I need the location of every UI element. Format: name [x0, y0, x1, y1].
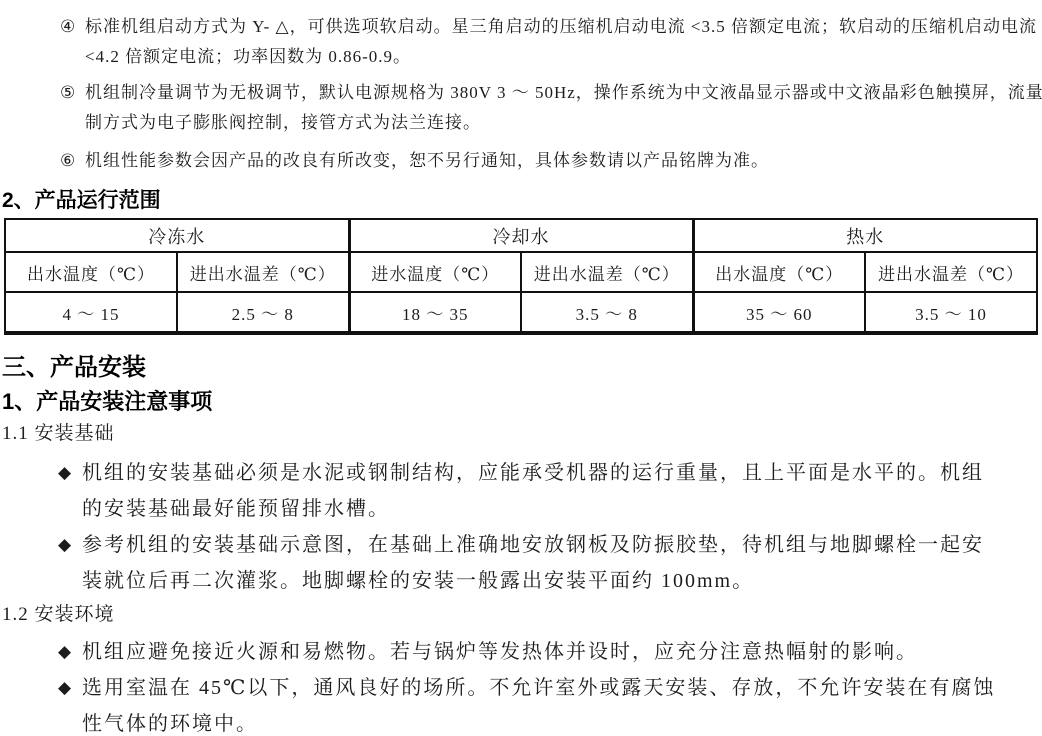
table-header-row: 出水温度（℃） 进出水温差（℃） 进水温度（℃） 进出水温差（℃） 出水温度（℃…: [5, 252, 1037, 292]
text-line: 选用室温在 45℃以下，通风良好的场所。不允许室外或露天安装、存放，不允许安装在…: [82, 670, 1042, 706]
bullet-body: 参考机组的安装基础示意图，在基础上准确地安放钢板及防振胶垫，待机组与地脚螺栓一起…: [82, 527, 1042, 599]
table-value-row: 4 ～ 15 2.5 ～ 8 18 ～ 35 3.5 ～ 8 35 ～ 60 3…: [5, 292, 1037, 333]
table-cell: 4 ～ 15: [5, 292, 177, 333]
note-item-5: ⑤ 机组制冷量调节为无极调节，默认电源规格为 380V 3 ～ 50Hz，操作系…: [60, 78, 1042, 138]
text-line: 的安装基础最好能预留排水槽。: [82, 491, 1042, 527]
bullet-body: 选用室温在 45℃以下，通风良好的场所。不允许室外或露天安装、存放，不允许安装在…: [82, 670, 1042, 736]
diamond-bullet-icon: ◆: [58, 527, 82, 599]
diamond-bullet-icon: ◆: [58, 634, 82, 670]
note-item-4: ④ 标准机组启动方式为 Y- △，可供选项软启动。星三角启动的压缩机启动电流 <…: [60, 12, 1042, 72]
bullet-item: ◆ 机组应避免接近火源和易燃物。若与锅炉等发热体并设时，应充分注意热幅射的影响。: [58, 634, 1042, 670]
text-line: 机组应避免接近火源和易燃物。若与锅炉等发热体并设时，应充分注意热幅射的影响。: [82, 634, 1042, 670]
text-line: 机组的安装基础必须是水泥或钢制结构，应能承受机器的运行重量，且上平面是水平的。机…: [82, 455, 1042, 491]
circled-number-icon: ⑥: [60, 146, 85, 176]
subsection-title-installation-notes: 1、产品安装注意事项: [2, 388, 1042, 416]
table-cell: 18 ～ 35: [349, 292, 521, 333]
circled-number-icon: ④: [60, 12, 85, 72]
column-header: 进出水温差（℃）: [521, 252, 693, 292]
column-header: 出水温度（℃）: [693, 252, 865, 292]
bullet-item: ◆ 机组的安装基础必须是水泥或钢制结构，应能承受机器的运行重量，且上平面是水平的…: [58, 455, 1042, 527]
text-line: 机组性能参数会因产品的改良有所改变，恕不另行通知，具体参数请以产品铭牌为准。: [85, 146, 1042, 176]
operating-range-table: 冷冻水 冷却水 热水 出水温度（℃） 进出水温差（℃） 进水温度（℃） 进出水温…: [4, 218, 1038, 335]
note-body: 机组制冷量调节为无极调节，默认电源规格为 380V 3 ～ 50Hz，操作系统为…: [85, 78, 1042, 138]
note-body: 机组性能参数会因产品的改良有所改变，恕不另行通知，具体参数请以产品铭牌为准。: [85, 146, 1042, 176]
table-cell: 2.5 ～ 8: [177, 292, 349, 333]
text-line: 参考机组的安装基础示意图，在基础上准确地安放钢板及防振胶垫，待机组与地脚螺栓一起…: [82, 527, 1042, 563]
bullet-body: 机组应避免接近火源和易燃物。若与锅炉等发热体并设时，应充分注意热幅射的影响。: [82, 634, 1042, 670]
text-line: 制方式为电子膨胀阀控制，接管方式为法兰连接。: [85, 108, 1042, 138]
subsection-title-installation-environment: 1.2 安装环境: [2, 603, 1042, 627]
text-line: 机组制冷量调节为无极调节，默认电源规格为 380V 3 ～ 50Hz，操作系统为…: [85, 78, 1042, 108]
note-body: 标准机组启动方式为 Y- △，可供选项软启动。星三角启动的压缩机启动电流 <3.…: [85, 12, 1042, 72]
table-cell: 3.5 ～ 10: [865, 292, 1037, 333]
text-line: <4.2 倍额定电流；功率因数为 0.86-0.9。: [85, 42, 1042, 72]
column-header: 出水温度（℃）: [5, 252, 177, 292]
text-line: 标准机组启动方式为 Y- △，可供选项软启动。星三角启动的压缩机启动电流 <3.…: [85, 12, 1042, 42]
circled-number-icon: ⑤: [60, 78, 85, 138]
group-header-chilled-water: 冷冻水: [5, 219, 349, 252]
column-header: 进水温度（℃）: [349, 252, 521, 292]
text-line: 装就位后再二次灌浆。地脚螺栓的安装一般露出安装平面约 100mm。: [82, 563, 1042, 599]
bullet-item: ◆ 参考机组的安装基础示意图，在基础上准确地安放钢板及防振胶垫，待机组与地脚螺栓…: [58, 527, 1042, 599]
group-header-hot-water: 热水: [693, 219, 1037, 252]
table-cell: 35 ～ 60: [693, 292, 865, 333]
section-title-product-installation: 三、产品安装: [2, 353, 1042, 383]
diamond-bullet-icon: ◆: [58, 455, 82, 527]
manual-page: ④ 标准机组启动方式为 Y- △，可供选项软启动。星三角启动的压缩机启动电流 <…: [0, 0, 1042, 736]
bullet-item: ◆ 选用室温在 45℃以下，通风良好的场所。不允许室外或露天安装、存放，不允许安…: [58, 670, 1042, 736]
subsection-title-installation-foundation: 1.1 安装基础: [2, 422, 1042, 446]
note-item-6: ⑥ 机组性能参数会因产品的改良有所改变，恕不另行通知，具体参数请以产品铭牌为准。: [60, 146, 1042, 176]
column-header: 进出水温差（℃）: [865, 252, 1037, 292]
group-header-cooling-water: 冷却水: [349, 219, 693, 252]
section-title-operating-range: 2、产品运行范围: [2, 188, 1042, 214]
table-group-header-row: 冷冻水 冷却水 热水: [5, 219, 1037, 252]
table-cell: 3.5 ～ 8: [521, 292, 693, 333]
text-line: 性气体的环境中。: [82, 706, 1042, 736]
column-header: 进出水温差（℃）: [177, 252, 349, 292]
diamond-bullet-icon: ◆: [58, 670, 82, 736]
bullet-body: 机组的安装基础必须是水泥或钢制结构，应能承受机器的运行重量，且上平面是水平的。机…: [82, 455, 1042, 527]
